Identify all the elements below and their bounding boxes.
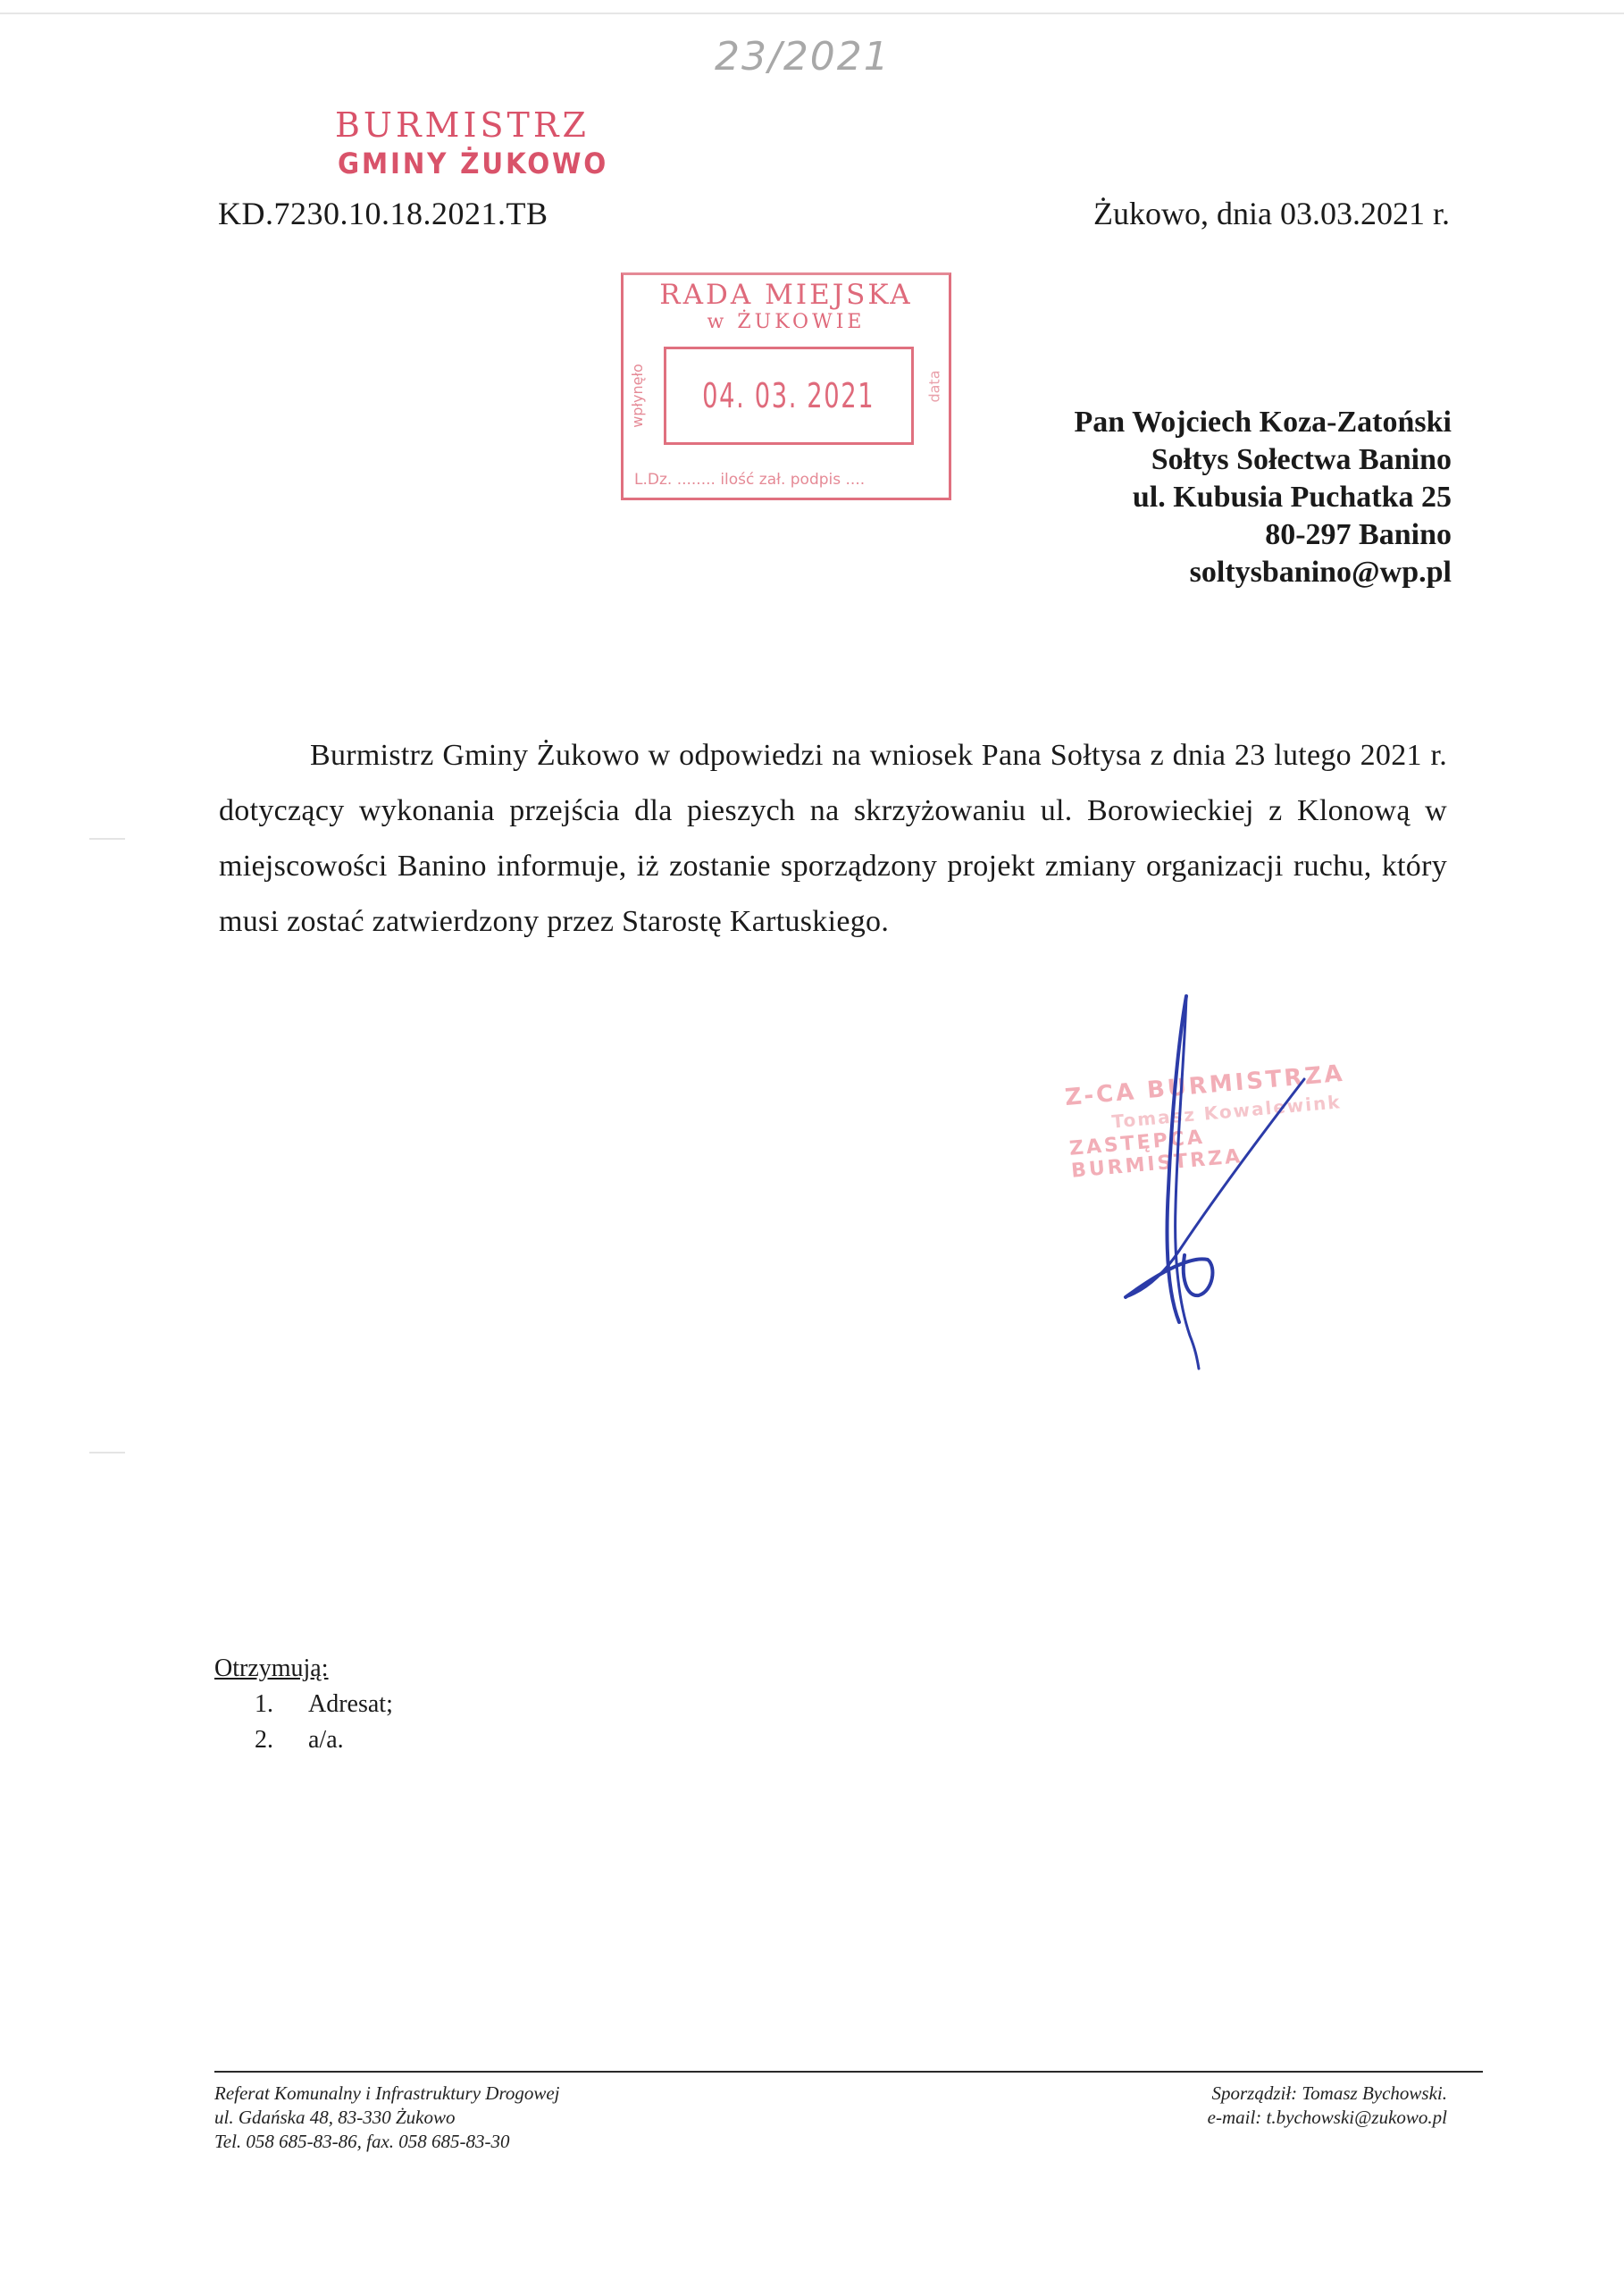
letter-body-text: Burmistrz Gminy Żukowo w odpowiedzi na w… xyxy=(219,739,1447,938)
letter-body: Burmistrz Gminy Żukowo w odpowiedzi na w… xyxy=(219,728,1447,950)
scan-edge-line xyxy=(0,13,1624,14)
received-stamp-date: 04. 03. 2021 xyxy=(702,376,875,415)
footer-author-info: Sporządził: Tomasz Bychowski. e-mail: t.… xyxy=(1208,2082,1447,2130)
footer-divider xyxy=(214,2071,1483,2073)
received-stamp-subtitle: w ŻUKOWIE xyxy=(624,311,949,334)
place-and-date: Żukowo, dnia 03.03.2021 r. xyxy=(1093,195,1450,232)
handwritten-registry-number: 23/2021 xyxy=(715,34,891,80)
recipient-title: Sołtys Sołectwa Banino xyxy=(1075,441,1452,479)
footer-department: Referat Komunalny i Infrastruktury Drogo… xyxy=(214,2082,560,2106)
scan-mark xyxy=(89,838,125,840)
received-stamp-side-label: wpłynęło xyxy=(629,364,646,428)
recipients-list: 1. Adresat; 2. a/a. xyxy=(214,1687,393,1758)
recipients-list-item: 2. a/a. xyxy=(214,1722,393,1758)
recipient-address: Pan Wojciech Koza-Zatoński Sołtys Sołect… xyxy=(1075,404,1452,591)
received-stamp-footer: L.Dz. ........ ilość zał. podpis .... xyxy=(634,471,865,489)
footer-email: e-mail: t.bychowski@zukowo.pl xyxy=(1208,2106,1447,2130)
reference-number: KD.7230.10.18.2021.TB xyxy=(218,195,548,232)
received-stamp: RADA MIEJSKA w ŻUKOWIE wpłynęło 04. 03. … xyxy=(621,272,951,500)
recipients-heading: Otrzymują: xyxy=(214,1655,329,1683)
recipient-name: Pan Wojciech Koza-Zatoński xyxy=(1075,404,1452,441)
recipient-email: soltysbanino@wp.pl xyxy=(1075,554,1452,591)
scan-mark xyxy=(89,1452,125,1453)
header-stamp-subtitle: GMINY ŻUKOWO xyxy=(338,147,608,180)
received-stamp-title: RADA MIEJSKA xyxy=(624,281,949,309)
recipients-list-item: 1. Adresat; xyxy=(214,1687,393,1722)
footer-author: Sporządził: Tomasz Bychowski. xyxy=(1208,2082,1447,2106)
footer-address: ul. Gdańska 48, 83-330 Żukowo xyxy=(214,2106,560,2130)
recipient-city: 80-297 Banino xyxy=(1075,516,1452,554)
footer-department-info: Referat Komunalny i Infrastruktury Drogo… xyxy=(214,2082,560,2154)
handwritten-signature-icon xyxy=(1054,983,1376,1376)
list-number: 2. xyxy=(214,1722,308,1758)
header-stamp-title: BURMISTRZ xyxy=(335,105,590,145)
received-stamp-date-box: 04. 03. 2021 xyxy=(664,347,914,445)
received-stamp-side-label-right: data xyxy=(925,370,942,402)
list-label: Adresat; xyxy=(308,1687,393,1722)
list-number: 1. xyxy=(214,1687,308,1722)
list-label: a/a. xyxy=(308,1722,344,1758)
recipient-street: ul. Kubusia Puchatka 25 xyxy=(1075,479,1452,516)
footer-phone: Tel. 058 685-83-86, fax. 058 685-83-30 xyxy=(214,2130,560,2154)
